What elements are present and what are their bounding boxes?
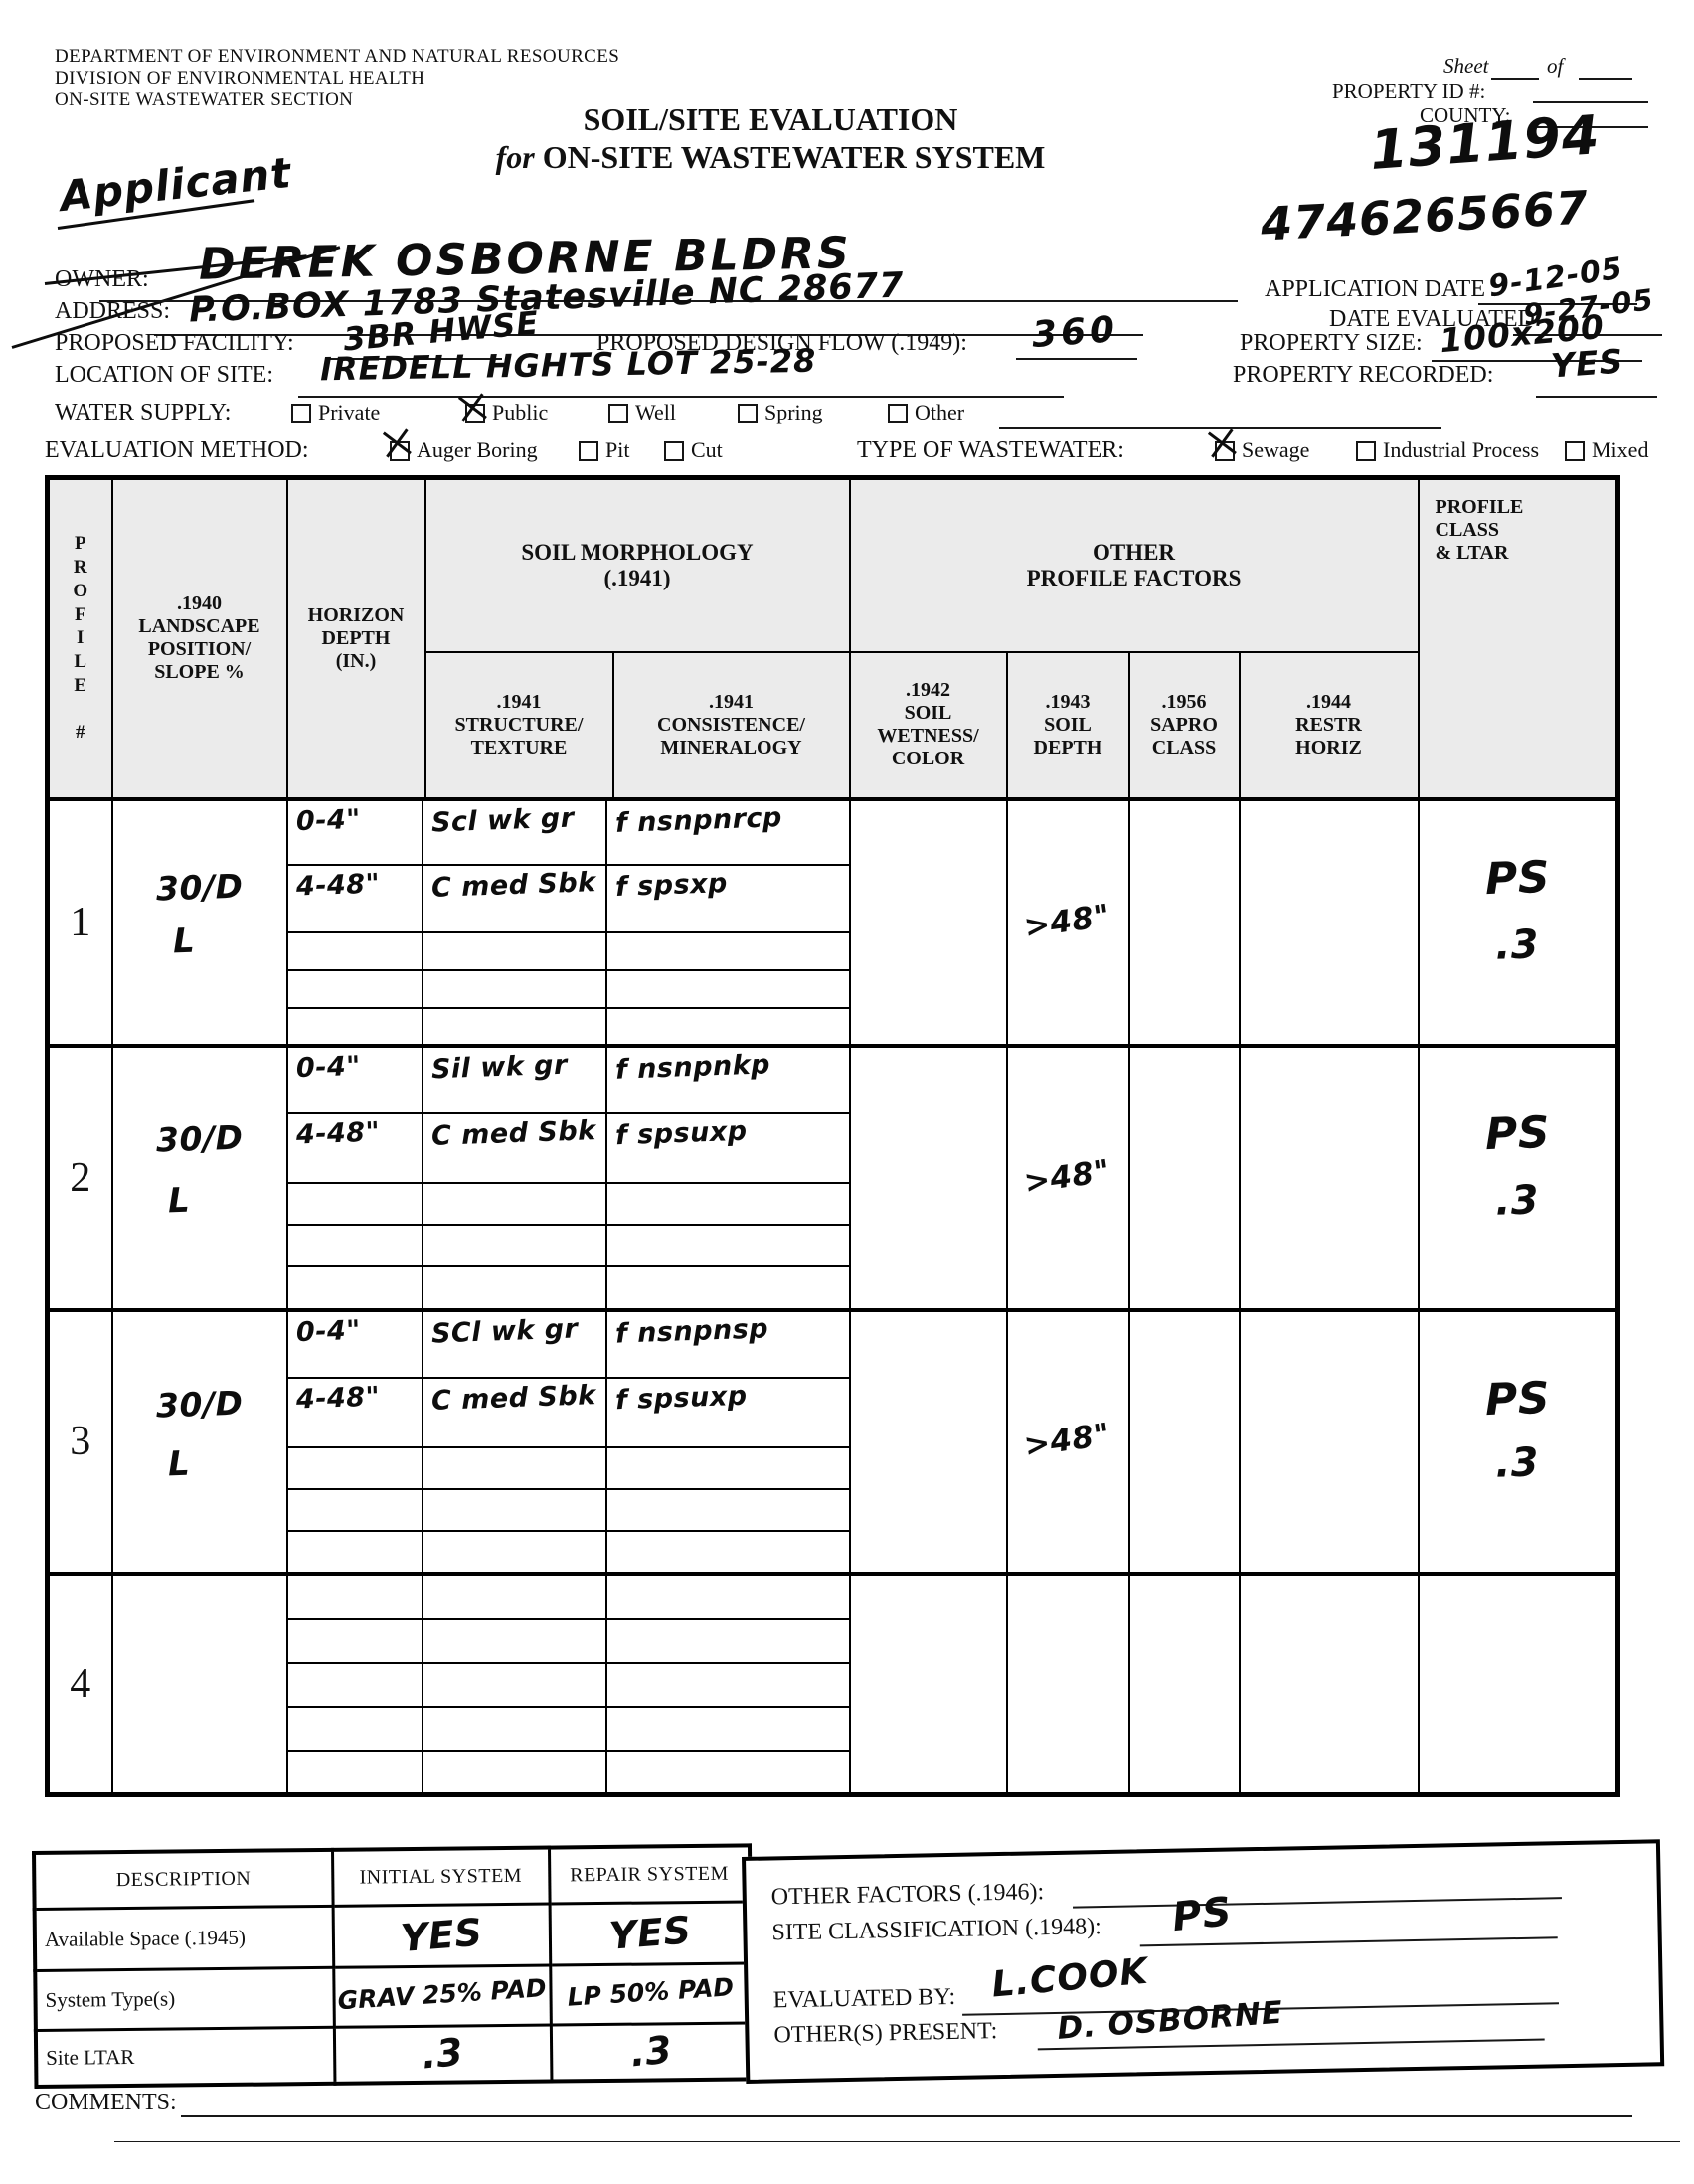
checkbox-spring[interactable] [738, 404, 758, 423]
profile-4-restr [1240, 1574, 1419, 1795]
profile-3-class-ltar: PS .3 [1419, 1310, 1618, 1574]
property-id-label: PROPERTY ID #: [1332, 80, 1485, 104]
water-supply-label: WATER SUPPLY: [55, 400, 231, 426]
sewage-check-mark [1208, 428, 1237, 461]
checkbox-mixed-label: Mixed [1592, 437, 1648, 463]
agency-line-2: DIVISION OF ENVIRONMENTAL HEALTH [55, 68, 424, 89]
form-title-line1: SOIL/SITE EVALUATION [447, 101, 1094, 138]
checkbox-mixed[interactable] [1565, 441, 1585, 461]
application-date-label: APPLICATION DATE [1265, 276, 1485, 303]
form-title-line2: for ON-SITE WASTEWATER SYSTEM [388, 139, 1153, 176]
summary-header-initial-system: INITIAL SYSTEM [332, 1848, 550, 1906]
profile-4-horizons [287, 1574, 850, 1795]
pin-handwritten: 4746265667 [1260, 186, 1590, 247]
header-sapro-class: .1956 SAPRO CLASS [1129, 652, 1240, 799]
auger-boring-check-mark [383, 428, 412, 461]
public-check-mark [458, 393, 487, 425]
checkbox-well[interactable] [608, 404, 628, 423]
checkbox-cut[interactable] [664, 441, 684, 461]
checkbox-spring-label: Spring [764, 400, 823, 425]
checkbox-pit[interactable] [579, 441, 598, 461]
profile-3-wetness [850, 1310, 1007, 1574]
applicant-handwritten: Applicant [59, 153, 294, 217]
checkbox-auger-boring-label: Auger Boring [417, 437, 538, 463]
property-size-label: PROPERTY SIZE: [1240, 330, 1423, 357]
header-restr-horiz: .1944 RESTR HORIZ [1240, 652, 1419, 799]
system-summary-table: DESCRIPTION INITIAL SYSTEM REPAIR SYSTEM… [32, 1843, 754, 2089]
profile-2-landscape: 30/D L [112, 1046, 287, 1310]
comments-label: COMMENTS: [35, 2090, 177, 2116]
available-space-initial-hw: YES [399, 1914, 483, 1956]
other-factors-line [1073, 1897, 1562, 1908]
profile-row-3: 3 30/D L 0-4" SCl wk gr f nsnpnsp [48, 1310, 1618, 1574]
profile-3-landscape: 30/D L [112, 1310, 287, 1574]
of-line [1579, 78, 1632, 80]
proposed-facility-label: PROPOSED FACILITY: [55, 330, 294, 357]
checkbox-industrial-process[interactable] [1356, 441, 1376, 461]
property-recorded-label: PROPERTY RECORDED: [1233, 362, 1493, 389]
wastewater-type-label: TYPE OF WASTEWATER: [857, 437, 1124, 464]
header-soil-wetness-color: .1942 SOIL WETNESS/ COLOR [850, 652, 1007, 799]
comments-line-1 [181, 2115, 1632, 2117]
profile-4-soil-depth [1007, 1574, 1129, 1795]
profile-2-horizons: 0-4" Sil wk gr f nsnpnkp 4-48" C med Sbk… [287, 1046, 850, 1310]
system-type-initial-hw: GRAV 25% PAD [337, 1976, 547, 2013]
profile-2-class-ltar: PS .3 [1419, 1046, 1618, 1310]
property-recorded-line [1536, 396, 1657, 398]
agency-line-3: ON-SITE WASTEWATER SECTION [55, 89, 353, 111]
summary-header-description: DESCRIPTION [34, 1850, 333, 1909]
site-classification-box: OTHER FACTORS (.1946): SITE CLASSIFICATI… [742, 1839, 1664, 2084]
location-line [298, 396, 1064, 398]
header-profile-number: P R O F I L E # [48, 478, 112, 799]
profile-1-soil-depth: >48" [1007, 799, 1129, 1046]
profile-2-sapro [1129, 1046, 1240, 1310]
profile-2-number: 2 [48, 1046, 112, 1310]
checkbox-sewage-label: Sewage [1242, 437, 1309, 463]
profile-3-horizons: 0-4" SCl wk gr f nsnpnsp 4-48" C med Sbk… [287, 1310, 850, 1574]
checkbox-public-label: Public [492, 400, 548, 425]
of-label: of [1547, 54, 1563, 79]
title-rest: ON-SITE WASTEWATER SYSTEM [535, 139, 1046, 175]
profile-1-wetness [850, 799, 1007, 1046]
profile-4-wetness [850, 1574, 1007, 1795]
header-soil-depth: .1943 SOIL DEPTH [1007, 652, 1129, 799]
summary-row-system-types: System Type(s) GRAV 25% PAD LP 50% PAD [35, 1962, 752, 2030]
others-present-handwritten: D. OSBORNE [1056, 1999, 1283, 2045]
profile-1-number: 1 [48, 799, 112, 1046]
summary-header-repair-system: REPAIR SYSTEM [549, 1845, 751, 1903]
location-label: LOCATION OF SITE: [55, 362, 273, 389]
sheet-line [1491, 78, 1539, 80]
checkbox-private-label: Private [318, 400, 380, 425]
profile-1-class-ltar: PS .3 [1419, 799, 1618, 1046]
profile-2-wetness [850, 1046, 1007, 1310]
profile-4-number: 4 [48, 1574, 112, 1795]
checkbox-other-label: Other [915, 400, 964, 425]
header-profile-class-ltar: PROFILE CLASS & LTAR [1419, 478, 1618, 799]
summary-row-site-ltar: Site LTAR .3 .3 [36, 2022, 753, 2087]
evaluated-by-handwritten: L.COOK [990, 1955, 1150, 2003]
profile-4-class-ltar [1419, 1574, 1618, 1795]
scanned-soil-site-evaluation-form: DEPARTMENT OF ENVIRONMENT AND NATURAL RE… [0, 0, 1694, 2184]
evaluation-method-label: EVALUATION METHOD: [45, 437, 309, 464]
title-for-word: for [496, 139, 535, 175]
others-present-label: OTHER(S) PRESENT: [773, 2018, 997, 2049]
checkbox-industrial-process-label: Industrial Process [1383, 437, 1539, 463]
profile-4-sapro [1129, 1574, 1240, 1795]
property-id-handwritten: 131194 [1368, 109, 1601, 176]
profile-4-landscape [112, 1574, 287, 1795]
profile-row-2: 2 30/D L 0-4" Sil wk gr f nsnpnkp [48, 1046, 1618, 1310]
profile-1-sapro [1129, 799, 1240, 1046]
soil-profile-table: P R O F I L E # .1940 LANDSCAPE POSITION… [45, 475, 1620, 1797]
location-value-handwritten: IREDELL HGHTS LOT 25-28 [320, 346, 817, 385]
design-flow-handwritten: 360 [1031, 313, 1119, 353]
profile-3-number: 3 [48, 1310, 112, 1574]
other-factors-label: OTHER FACTORS (.1946): [771, 1879, 1045, 1911]
profile-row-1: 1 30/D L 0-4" Scl wk gr f nsnpnrcp [48, 799, 1618, 1046]
site-classification-line [1140, 1936, 1558, 1946]
header-consistence-mineralogy: .1941 CONSISTENCE/ MINERALOGY [613, 652, 850, 799]
property-recorded-handwritten: YES [1550, 345, 1624, 381]
profile-1-landscape: 30/D L [112, 799, 287, 1046]
system-type-repair-hw: LP 50% PAD [567, 1975, 735, 2009]
comments-line-2 [114, 2141, 1680, 2142]
profile-3-restr [1240, 1310, 1419, 1574]
profile-2-restr [1240, 1046, 1419, 1310]
profile-row-4: 4 [48, 1574, 1618, 1795]
profile-1-restr [1240, 799, 1419, 1046]
checkbox-other[interactable] [888, 404, 908, 423]
header-other-profile-factors: OTHER PROFILE FACTORS [850, 478, 1419, 652]
header-soil-morphology: SOIL MORPHOLOGY (.1941) [425, 478, 850, 652]
site-classification-handwritten: PS [1170, 1893, 1234, 1936]
header-landscape: .1940 LANDSCAPE POSITION/ SLOPE % [112, 478, 287, 799]
checkbox-cut-label: Cut [691, 437, 723, 463]
site-classification-label: SITE CLASSIFICATION (.1948): [771, 1914, 1101, 1946]
checkbox-private[interactable] [291, 404, 311, 423]
summary-row-available-space: Available Space (.1945) YES YES [35, 1901, 752, 1970]
design-flow-line [1016, 358, 1137, 360]
sheet-label: Sheet [1443, 54, 1488, 79]
address-label: ADDRESS: [55, 298, 170, 325]
site-ltar-initial-hw: .3 [421, 2033, 465, 2073]
header-structure-texture: .1941 STRUCTURE/ TEXTURE [425, 652, 613, 799]
available-space-repair-hw: YES [607, 1912, 692, 1954]
site-ltar-repair-hw: .3 [628, 2031, 673, 2071]
checkbox-pit-label: Pit [605, 437, 629, 463]
profile-2-soil-depth: >48" [1007, 1046, 1129, 1310]
agency-line-1: DEPARTMENT OF ENVIRONMENT AND NATURAL RE… [55, 46, 619, 68]
header-horizon-depth: HORIZON DEPTH (IN.) [287, 478, 425, 799]
profile-3-soil-depth: >48" [1007, 1310, 1129, 1574]
profile-1-horizons: 0-4" Scl wk gr f nsnpnrcp 4-48" C med Sb… [287, 799, 850, 1046]
profile-3-sapro [1129, 1310, 1240, 1574]
checkbox-well-label: Well [635, 400, 676, 425]
evaluated-by-label: EVALUATED BY: [773, 1984, 956, 2015]
